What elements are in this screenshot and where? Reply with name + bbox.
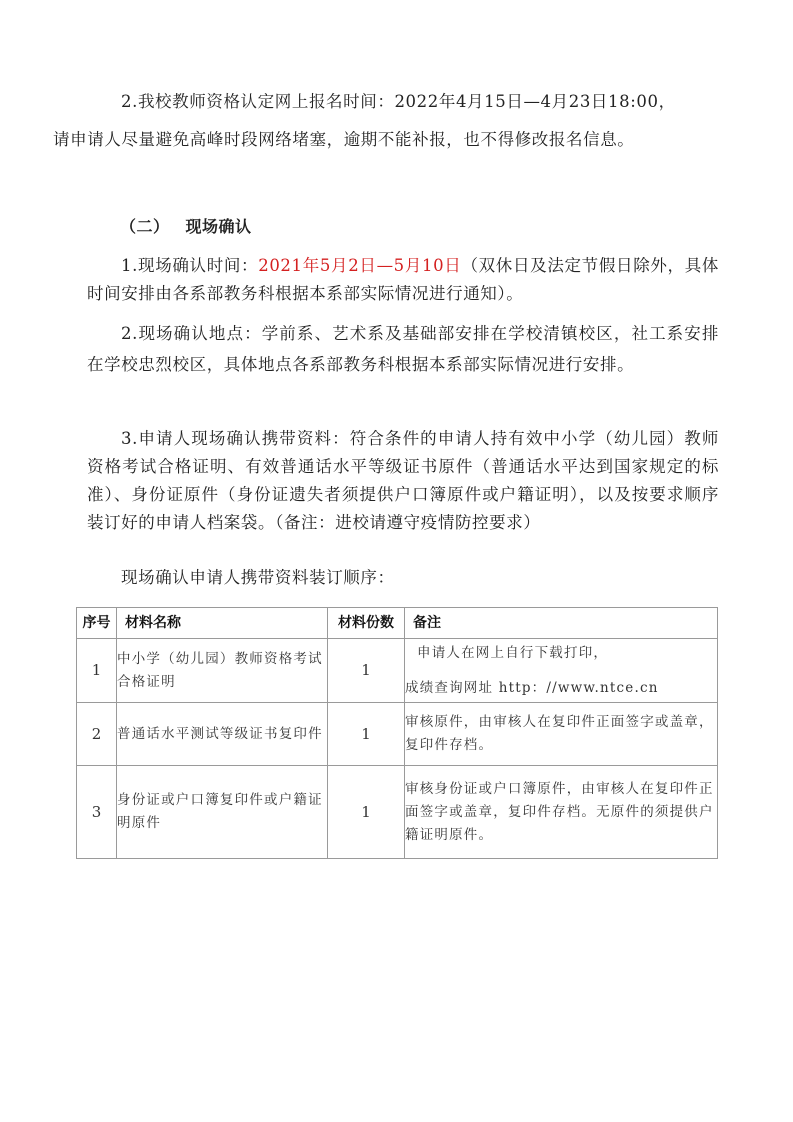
cell-note: 申请人在网上自行下载打印， 成绩查询网址 http：//www.ntce.cn	[405, 639, 718, 703]
section-number: （二）	[120, 217, 170, 236]
registration-rest: 请申请人尽量避免高峰时段网络堵塞，逾期不能补报，也不得修改报名信息。	[53, 124, 634, 155]
header-note: 备注	[405, 608, 718, 639]
section-heading: （二）现场确认	[120, 214, 252, 237]
cell-name: 身份证或户口簿复印件或户籍证明原件	[117, 766, 328, 859]
paragraph-required-materials: 3.申请人现场确认携带资料：符合条件的申请人持有效中小学（幼儿园）教师资格考试合…	[87, 425, 719, 537]
paragraph-registration-time: 2.我校教师资格认定网上报名时间：2022年4月15日—4月23日18:00，请…	[87, 88, 719, 155]
cell-name: 普通话水平测试等级证书复印件	[117, 703, 328, 766]
cell-no: 1	[77, 639, 117, 703]
cell-count: 1	[328, 766, 405, 859]
cell-name: 中小学（幼儿园）教师资格考试合格证明	[117, 639, 328, 703]
note-url-line: 成绩查询网址 http：//www.ntce.cn	[405, 677, 717, 700]
table-row: 3 身份证或户口簿复印件或户籍证明原件 1 审核身份证或户口簿原件，由审核人在复…	[77, 766, 718, 859]
time-prefix: 1.现场确认时间：	[121, 256, 258, 275]
table-intro: 现场确认申请人携带资料装订顺序：	[87, 564, 719, 592]
cell-count: 1	[328, 703, 405, 766]
cell-count: 1	[328, 639, 405, 703]
note-line: 申请人在网上自行下载打印，	[405, 642, 717, 665]
cell-note: 审核身份证或户口簿原件，由审核人在复印件正面签字或盖章，复印件存档。无原件的须提…	[405, 766, 718, 859]
registration-dates: 2022年4月15日—4月23日18:00，	[394, 92, 675, 111]
materials-table: 序号 材料名称 材料份数 备注 1 中小学（幼儿园）教师资格考试合格证明 1 申…	[76, 607, 718, 859]
paragraph-confirmation-time: 1.现场确认时间：2021年5月2日—5月10日（双休日及法定节假日除外，具体时…	[87, 252, 719, 308]
paragraph-confirmation-location: 2.现场确认地点：学前系、艺术系及基础部安排在学校清镇校区，社工系安排在学校忠烈…	[87, 318, 719, 380]
header-count: 材料份数	[328, 608, 405, 639]
table-row: 1 中小学（幼儿园）教师资格考试合格证明 1 申请人在网上自行下载打印， 成绩查…	[77, 639, 718, 703]
header-no: 序号	[77, 608, 117, 639]
time-dates-highlight: 2021年5月2日—5月10日	[258, 256, 461, 275]
table-row: 2 普通话水平测试等级证书复印件 1 审核原件，由审核人在复印件正面签字或盖章，…	[77, 703, 718, 766]
cell-no: 2	[77, 703, 117, 766]
cell-note: 审核原件，由审核人在复印件正面签字或盖章，复印件存档。	[405, 703, 718, 766]
header-name: 材料名称	[117, 608, 328, 639]
cell-no: 3	[77, 766, 117, 859]
table-header-row: 序号 材料名称 材料份数 备注	[77, 608, 718, 639]
registration-prefix: 2.我校教师资格认定网上报名时间：	[121, 92, 394, 111]
section-title: 现场确认	[186, 217, 252, 236]
